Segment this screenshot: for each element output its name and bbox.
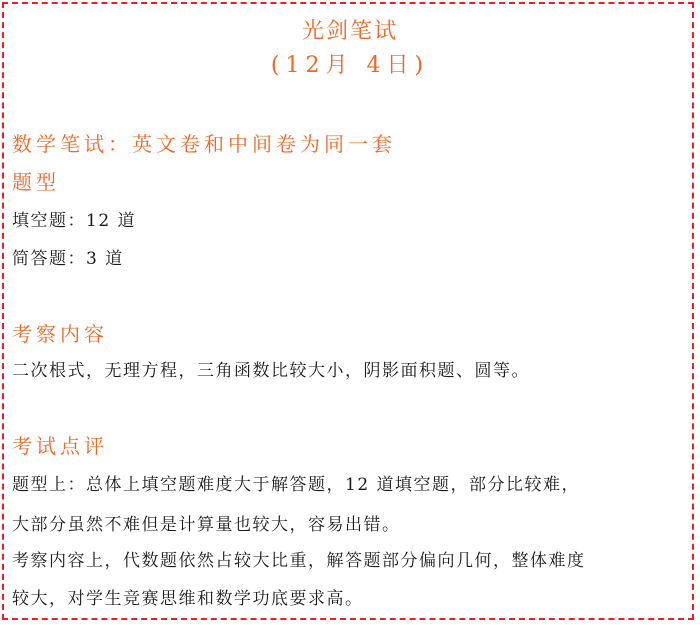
review-line-3: 考察内容上，代数题依然占较大比重，解答题部分偏向几何，整体难度 xyxy=(12,546,586,571)
exam-date: (12月 4日) xyxy=(0,48,700,79)
review-heading: 考试点评 xyxy=(12,430,108,459)
short-answer-count: 简答题：3 道 xyxy=(12,244,124,269)
review-line-2: 大部分虽然不难但是计算量也较大，容易出错。 xyxy=(12,510,401,535)
page-title: 光剑笔试 xyxy=(0,14,700,45)
content-heading: 考察内容 xyxy=(12,318,108,347)
fill-in-count: 填空题：12 道 xyxy=(12,206,136,231)
review-line-1: 题型上：总体上填空题难度大于解答题，12 道填空题，部分比较难， xyxy=(12,470,580,495)
question-type-heading: 题型 xyxy=(12,166,60,195)
math-exam-heading: 数学笔试：英文卷和中间卷为同一套 xyxy=(12,128,396,157)
content-text: 二次根式，无理方程，三角函数比较大小，阴影面积题、圆等。 xyxy=(12,356,530,381)
review-line-4: 较大，对学生竞赛思维和数学功底要求高。 xyxy=(12,584,364,609)
